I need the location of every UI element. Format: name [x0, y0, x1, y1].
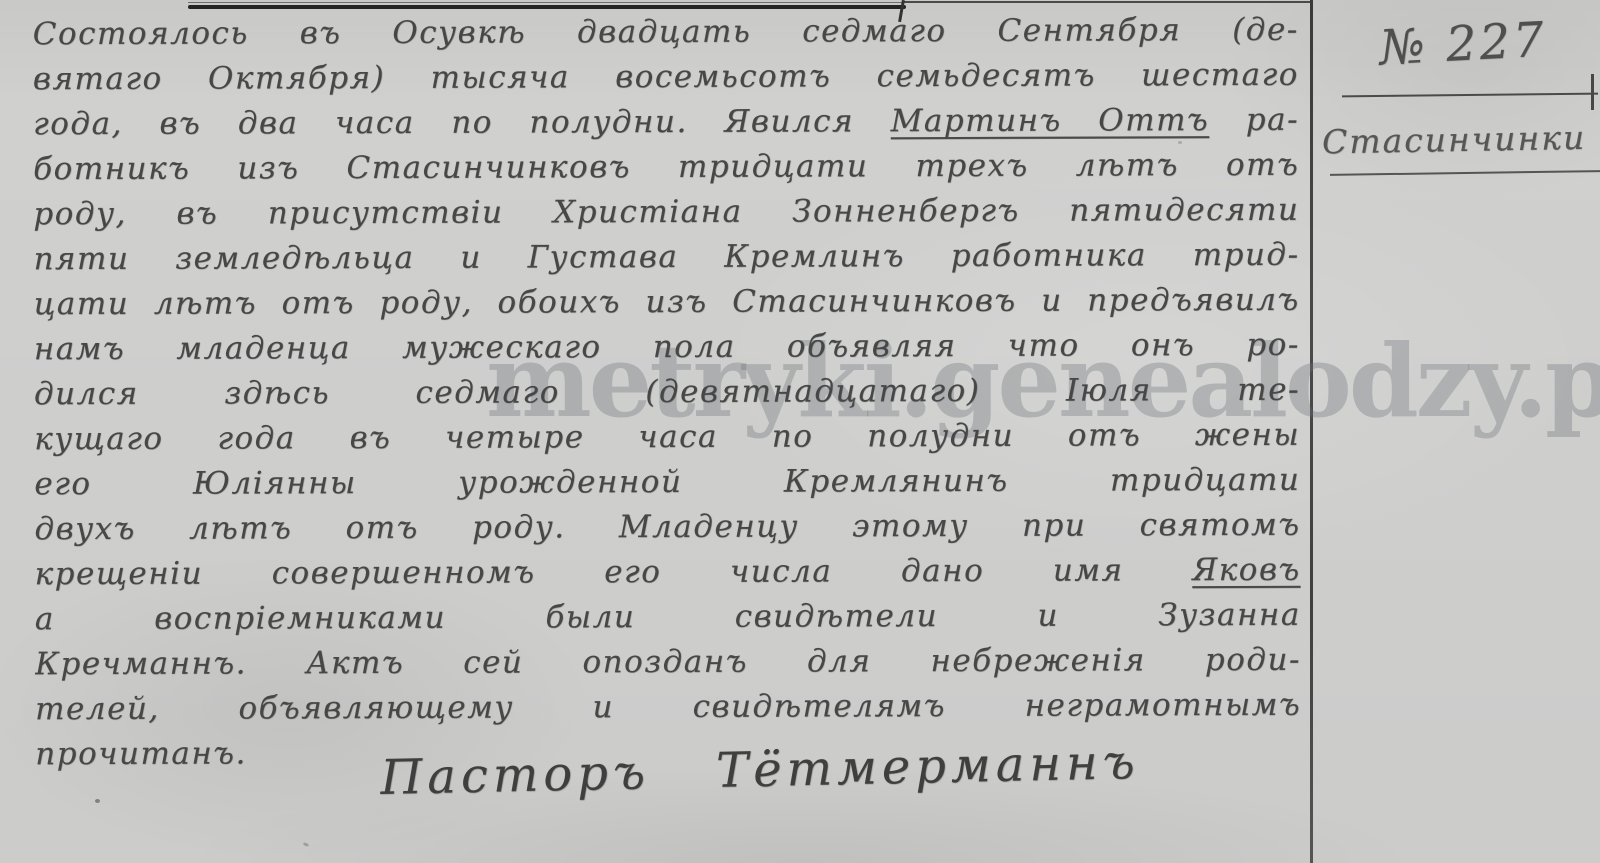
record-line: года, въ два часа по полудни. Явился Мар…: [33, 98, 1299, 147]
record-line-text: вятаго Октября) тысяча восемьсотъ семьде…: [33, 57, 1299, 97]
record-line-text: телей, объявляющему и свидѣтелямъ неграм…: [35, 687, 1301, 727]
record-line-text: года, въ два часа по полудни. Явился: [33, 103, 891, 142]
record-line: роду, въ присутствіи Христіана Зонненбер…: [33, 188, 1299, 237]
scanned-record-page: metryki.genealodzy.pl Состоялось въ Осув…: [0, 0, 1600, 863]
record-line: намъ младенца мужескаго пола объявляя чт…: [34, 323, 1300, 372]
record-line-text: пяти земледѣльца и Густава Кремлинъ рабо…: [33, 237, 1299, 277]
record-line-text: двухъ лѣтъ отъ роду. Младенцу этому при …: [34, 507, 1300, 547]
record-line-text: цати лѣтъ отъ роду, обоихъ изъ Стасинчин…: [34, 282, 1300, 322]
record-line: а воспріемниками были свидѣтели и Зузанн…: [35, 593, 1301, 642]
record-number-underline: [1342, 93, 1598, 98]
record-line-text: прочитанъ.: [35, 735, 247, 772]
record-line-text: крещеніи совершенномъ его числа дано имя: [35, 552, 1193, 592]
record-line-text: ботникъ изъ Стасинчинковъ тридцати трехъ…: [33, 147, 1299, 187]
record-body: Состоялось въ Осувкѣ двадцать седмаго Се…: [33, 8, 1302, 777]
child-name-underlined: Яковъ: [1192, 552, 1301, 588]
top-rule-right: [903, 1, 1311, 3]
father-name-underlined: Мартинъ Оттъ: [891, 102, 1210, 139]
record-line: кущаго года въ четыре часа по полудни от…: [34, 413, 1300, 462]
record-line: дился здѣсь седмаго (девятнадцатаго) Іюл…: [34, 368, 1300, 417]
record-line-text: намъ младенца мужескаго пола объявляя чт…: [34, 327, 1300, 367]
record-line: двухъ лѣтъ отъ роду. Младенцу этому при …: [34, 503, 1300, 552]
record-line-text: Состоялось въ Осувкѣ двадцать седмаго Се…: [33, 12, 1299, 52]
record-line: крещеніи совершенномъ его числа дано имя…: [35, 548, 1301, 597]
record-line-text: а воспріемниками были свидѣтели и Зузанн…: [35, 597, 1301, 637]
record-number: № 227: [1331, 9, 1596, 79]
margin-place-underline: [1330, 170, 1600, 176]
record-line-text: дился здѣсь седмаго (девятнадцатаго) Іюл…: [34, 372, 1300, 412]
record-line: Состоялось въ Осувкѣ двадцать седмаго Се…: [33, 8, 1299, 57]
top-rule-thick: [188, 5, 906, 9]
record-line: Кречманнъ. Актъ сей опозданъ для небреже…: [35, 638, 1301, 687]
ink-speck: [95, 799, 100, 803]
record-line-text: Кречманнъ. Актъ сей опозданъ для небреже…: [35, 642, 1301, 682]
record-line: вятаго Октября) тысяча восемьсотъ семьде…: [33, 53, 1299, 102]
record-line-text: роду, въ присутствіи Христіана Зонненбер…: [33, 192, 1299, 232]
record-line: пяти земледѣльца и Густава Кремлинъ рабо…: [33, 233, 1299, 282]
ink-speck: [303, 842, 310, 847]
margin-place-name: Стасинчинки: [1322, 118, 1600, 162]
record-line: телей, объявляющему и свидѣтелямъ неграм…: [35, 683, 1301, 732]
record-line-text: его Юліянны урожденной Кремлянинъ тридца…: [34, 462, 1300, 502]
record-line: его Юліянны урожденной Кремлянинъ тридца…: [34, 458, 1300, 507]
record-line-text: ра-: [1209, 102, 1299, 138]
record-line-text: кущаго года въ четыре часа по полудни от…: [34, 417, 1300, 457]
record-line: ботникъ изъ Стасинчинковъ тридцати трехъ…: [33, 143, 1299, 192]
top-rule-thin: [188, 2, 906, 3]
record-line: цати лѣтъ отъ роду, обоихъ изъ Стасинчин…: [34, 278, 1300, 327]
